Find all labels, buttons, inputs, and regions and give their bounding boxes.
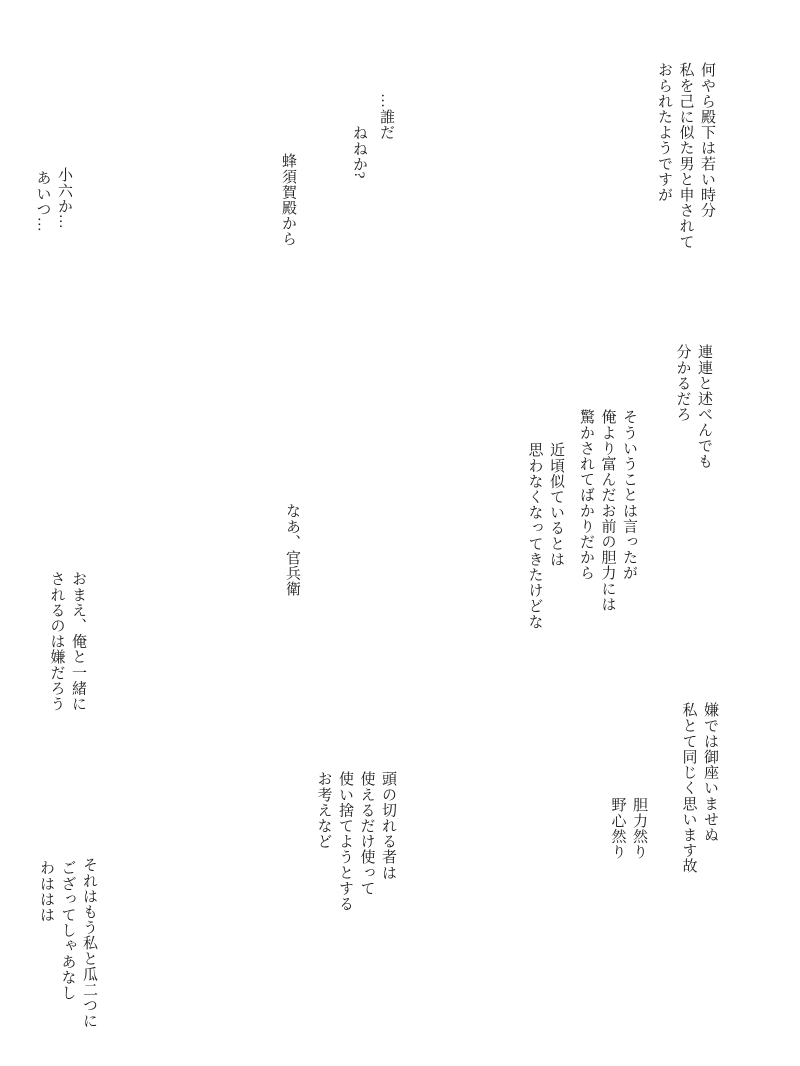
text-column: おられたようですが bbox=[653, 62, 675, 249]
text-column: 何やら殿下は若い時分 bbox=[696, 62, 718, 249]
text-column: 使い捨てようとする bbox=[334, 771, 356, 911]
text-column: 嫌では御座いませぬ bbox=[699, 702, 721, 874]
text-column: 私を己に似た男と申されて bbox=[674, 62, 696, 249]
text-block-i-dont-mind: 嫌では御座いませぬ 私とて同じく思います故 bbox=[677, 702, 720, 874]
text-block-you-hate-comparison: おまえ、俺と一緒に されるのは嫌だろう bbox=[45, 571, 88, 711]
text-column: 近頃似ているとは bbox=[545, 442, 567, 629]
text-block-hey-kanbei: なあ、官兵衛 bbox=[281, 503, 303, 597]
text-block-boldness-ambition: 胆力然り 野心然り bbox=[606, 797, 649, 859]
text-column: 蜂須賀殿から bbox=[277, 153, 299, 247]
text-column: おまえ、俺と一緒に bbox=[67, 571, 89, 711]
text-block-two-peas-laugh: それはもう私と瓜二つに ござってしゃあなし わははは bbox=[35, 857, 100, 1029]
text-column: ねねか? bbox=[345, 93, 372, 179]
text-block-from-hachisuka: 蜂須賀殿から bbox=[277, 153, 299, 247]
text-column: …誰だ bbox=[372, 93, 399, 179]
text-column: 胆力然り bbox=[628, 797, 650, 859]
text-column: それはもう私と瓜二つに bbox=[78, 857, 100, 1029]
text-column: 私とて同じく思います故 bbox=[677, 702, 699, 874]
text-column: わははは bbox=[35, 857, 57, 1029]
text-column: そういうことは言ったが bbox=[618, 409, 640, 612]
text-column: 俺より富んだお前の胆力には bbox=[596, 409, 618, 612]
text-block-who-is-it: …誰だ ねねか? bbox=[345, 93, 399, 179]
text-column: されるのは嫌だろう bbox=[45, 571, 67, 711]
text-column: ござってしゃあなし bbox=[56, 857, 78, 1029]
text-column: 驚かされてばかりだから bbox=[575, 409, 597, 612]
text-column: 使えるだけ使って bbox=[355, 771, 377, 911]
text-column: お考えなど bbox=[312, 771, 334, 911]
text-block-narration-young-lord: 何やら殿下は若い時分 私を己に似た男と申されて おられたようですが bbox=[653, 62, 718, 249]
text-column: 分かるだろ bbox=[671, 344, 693, 469]
text-column: 野心然り bbox=[606, 797, 628, 859]
text-column: 小六か… bbox=[53, 167, 75, 232]
text-block-no-need-to-explain: 連連と述べんでも 分かるだろ bbox=[671, 344, 714, 469]
text-column: あいつ… bbox=[31, 167, 53, 232]
text-column: 連連と述べんでも bbox=[693, 344, 715, 469]
text-block-i-did-say-so: そういうことは言ったが 俺より富んだお前の胆力には 驚かされてばかりだから bbox=[575, 409, 640, 612]
text-column: なあ、官兵衛 bbox=[281, 503, 303, 597]
text-column: 思わなくなってきたけどな bbox=[523, 442, 545, 629]
text-block-koroku: 小六か… あいつ… bbox=[31, 167, 74, 232]
text-block-use-and-discard: 頭の切れる者は 使えるだけ使って 使い捨てようとする お考えなど bbox=[312, 771, 398, 911]
text-block-not-alike-lately: 近頃似ているとは 思わなくなってきたけどな bbox=[523, 442, 566, 629]
text-column: 頭の切れる者は bbox=[377, 771, 399, 911]
